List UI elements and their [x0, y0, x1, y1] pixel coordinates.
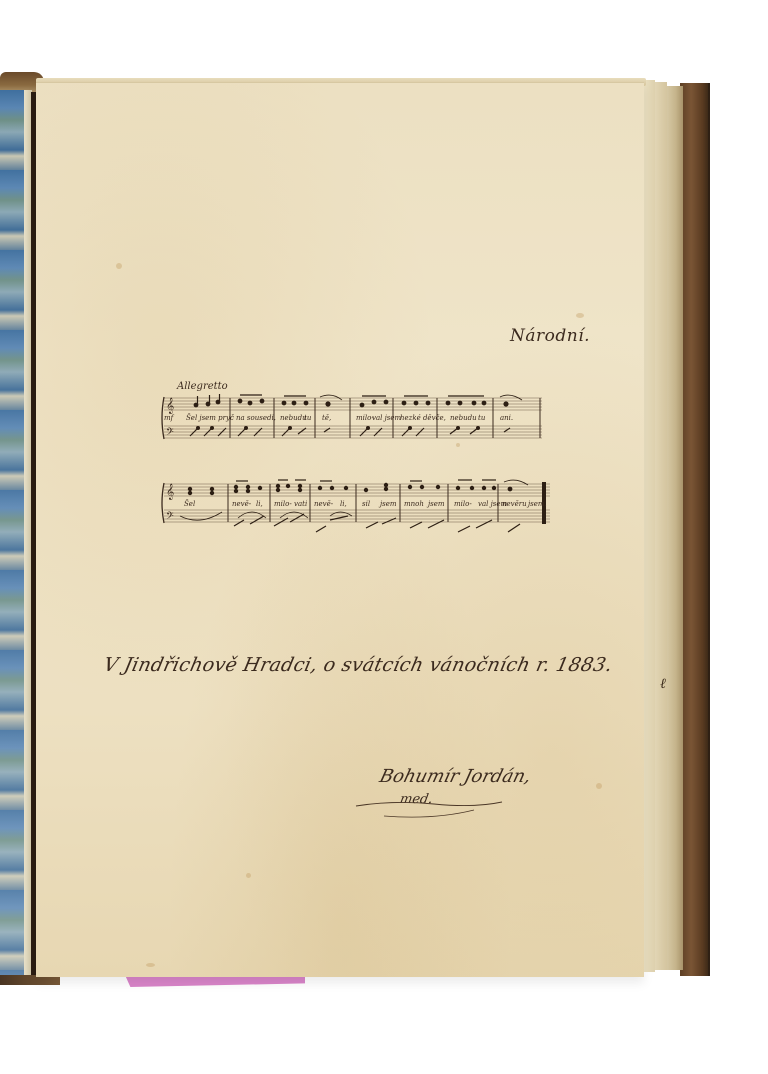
lyric: nevě-: [314, 500, 333, 508]
tempo-marking: Allegretto: [177, 381, 228, 392]
lyric: Šel: [184, 500, 195, 508]
lyric: nebudu: [450, 414, 477, 422]
music-system-2: 𝄞 𝄢: [160, 476, 555, 536]
leather-board-right: [680, 83, 710, 976]
lyric: val jsem: [372, 414, 401, 422]
lyric: jsem: [428, 500, 445, 508]
lyric: tu: [478, 414, 485, 422]
svg-text:𝄞: 𝄞: [166, 398, 174, 414]
dedication-line: V Jindřichově Hradci, o svátcích vánoční…: [102, 654, 615, 676]
lyric: milo-: [454, 500, 472, 508]
lyric: sil: [362, 500, 370, 508]
lyric: milo-: [274, 500, 292, 508]
signature-flourish: [354, 798, 504, 820]
lyric: Šel jsem pryč: [186, 414, 234, 422]
page-edge-mark: ℓ: [660, 676, 666, 693]
lyric: jsem.: [528, 500, 547, 508]
dynamic-marking: mf: [164, 414, 173, 422]
svg-text:𝄢: 𝄢: [166, 426, 174, 440]
lyric: tě,: [322, 414, 331, 422]
svg-text:𝄢: 𝄢: [166, 510, 174, 524]
manuscript-book-photo: ℓ Národní. Allegretto 𝄞 𝄢: [0, 0, 768, 1074]
lyric: vati: [294, 500, 307, 508]
signature-name: Bohumír Jordán,: [377, 766, 533, 787]
lyric: tu: [304, 414, 311, 422]
lyric: nebudu: [280, 414, 307, 422]
heading-narodni: Národní.: [510, 326, 590, 346]
lyric: ani.: [500, 414, 513, 422]
lyric: li,: [340, 500, 347, 508]
lyric: mnoh: [404, 500, 424, 508]
lyric: na sousedi,: [236, 414, 276, 422]
music-system-1: 𝄞 𝄢: [160, 392, 545, 444]
lyric: jsem: [380, 500, 397, 508]
lyric: nevěru: [502, 500, 527, 508]
lyric: nevě-: [232, 500, 251, 508]
lyric: hezké děvče,: [400, 414, 446, 422]
svg-text:𝄞: 𝄞: [166, 484, 174, 500]
lyric: li,: [256, 500, 263, 508]
